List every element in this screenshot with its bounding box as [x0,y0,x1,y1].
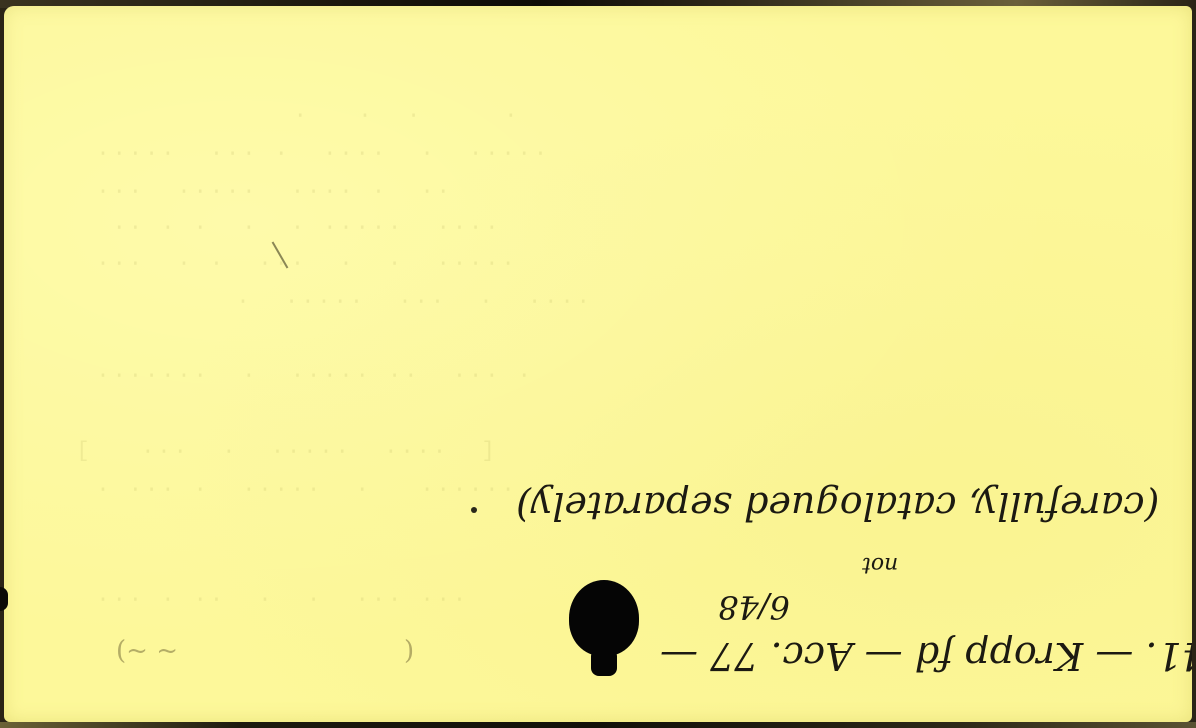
ghost-line: [ ··· · ····· ···· ] [44,438,498,463]
ink-dot [471,507,477,513]
handwritten-note-catalogued: (carefully, catalogued separately) [516,484,1159,528]
ghost-line: · ····· ··· · ···· [204,288,593,313]
index-card: · · · · ····· ··· · ···· · ····· ··· ···… [4,6,1192,722]
pencil-mark-left: (~ ~ [116,636,178,666]
handwritten-reference: 141. — Kropp fd — Acc. 77 — [660,634,1192,678]
scan-bottom-edge [0,722,1196,728]
ghost-line: ··· · · ··· · · ····· [64,250,518,275]
ghost-line: ······· · ····· ·· ··· · [64,362,534,387]
handwritten-date: 6/48 [718,588,790,626]
punch-hole-icon [569,580,639,656]
pencil-mark-right: ) [404,636,414,666]
ghost-line: ····· ··· · ···· · ····· [64,140,550,165]
ghost-line: ··· ····· ···· · ·· [64,178,453,203]
ghost-line: ·· · · · · ····· ···· [64,214,501,239]
ghost-line: · · · · [164,102,520,127]
ghost-line: ··· · ·· · · ··· ··· [64,586,469,611]
stray-pen-mark [272,242,289,269]
handwritten-insertion-not: not [862,552,898,577]
ghost-line: · ··· · ····· · ······ [64,476,518,501]
